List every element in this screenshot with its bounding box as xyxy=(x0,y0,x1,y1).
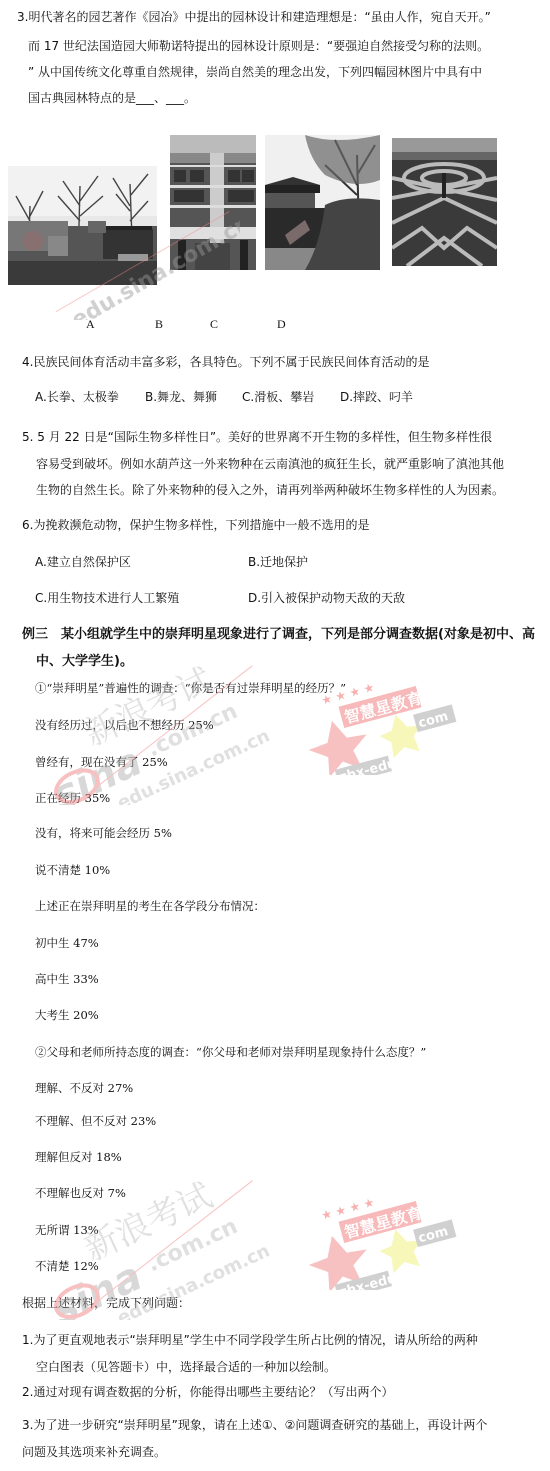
svg-text:智慧星教育: 智慧星教育 xyxy=(342,688,424,727)
sub-question-3-line-1: 3.为了进一步研究“崇拜明星”现象，请在上述①、②问题调查研究的基础上，再设计两… xyxy=(22,1417,487,1433)
q6-stem: 6.为挽救濒危动物，保护生物多样性，下列措施中一般不选用的是 xyxy=(22,517,369,533)
garden-image-a xyxy=(8,166,157,285)
survey2-answer: 不理解、但不反对 23% xyxy=(35,1113,156,1129)
sub-question-1-line-1: 1.为了更直观地表示“崇拜明星”学生中不同学段学生所占比例的情况，请从所给的两种 xyxy=(22,1332,478,1348)
garden-image-d xyxy=(392,138,497,266)
survey2-question: ②父母和老师所持态度的调查：“你父母和老师对崇拜明星现象持什么态度？” xyxy=(35,1044,426,1060)
q3-line-2: 而 17 世纪法国造园大师勒诺特提出的园林设计原则是：“要强迫自然接受匀称的法则… xyxy=(28,38,489,54)
survey1-question: ①“崇拜明星”普遍性的调查：“你是否有过崇拜明星的经历？” xyxy=(35,680,346,696)
distribution-item: 高中生 33% xyxy=(35,971,99,987)
distribution-item: 大考生 20% xyxy=(35,1007,99,1023)
q3-line-4: 国古典园林特点的是___、___。 xyxy=(28,90,196,106)
sub-question-3-line-2: 问题及其选项来补充调查。 xyxy=(22,1444,166,1460)
image-label-b: B xyxy=(155,317,163,332)
survey2-answer: 理解、不反对 27% xyxy=(35,1080,133,1096)
garden-image-c xyxy=(265,135,380,270)
svg-text:.com.cn: .com.cn xyxy=(143,1214,241,1277)
q6-option-d: D.引入被保护动物天敌的天敌 xyxy=(248,590,405,606)
q5-line-1: 5. 5 月 22 日是“国际生物多样性日”。美好的世界离不开生物的多样性，但生… xyxy=(22,429,492,445)
q4-option-b: B.舞龙、舞狮 xyxy=(145,389,217,405)
q6-option-c: C.用生物技术进行人工繁殖 xyxy=(35,590,179,606)
svg-text:★ ★ ★ ★: ★ ★ ★ ★ xyxy=(320,1195,376,1223)
survey2-answer: 理解但反对 18% xyxy=(35,1149,122,1165)
zhx-watermark-bottom: ★ ★ ★ ★ 智慧星教育 zhx-edu com xyxy=(290,1195,460,1290)
survey2-answer: 不理解也反对 7% xyxy=(35,1185,126,1201)
survey1-answer: 说不清楚 10% xyxy=(35,862,110,878)
svg-text:智慧星教育: 智慧星教育 xyxy=(342,1203,424,1242)
sub-question-2: 2.通过对现有调查数据的分析，你能得出哪些主要结论？（写出两个） xyxy=(22,1384,393,1400)
q6-option-a: A.建立自然保护区 xyxy=(35,554,131,570)
q3-line-1: 3.明代著名的园艺著作《园冶》中提出的园林设计和建造理想是：“虽由人作，宛自天开… xyxy=(17,9,491,25)
svg-text:新浪考试: 新浪考试 xyxy=(78,661,218,755)
sub-question-1-line-2: 空白图表（见答题卡）中，选择最合适的一种加以绘制。 xyxy=(36,1359,336,1375)
survey1-answer: 没有经历过，以后也不想经历 25% xyxy=(35,717,214,733)
q4-option-d: D.摔跤、叼羊 xyxy=(340,389,413,405)
image-label-a: A xyxy=(86,317,95,332)
q6-option-b: B.迁地保护 xyxy=(248,554,308,570)
image-label-c: C xyxy=(210,317,218,332)
instruction: 根据上述材料，完成下列问题： xyxy=(22,1295,190,1311)
survey2-answer: 不清楚 12% xyxy=(35,1258,99,1274)
q3-line-3: ” 从中国传统文化尊重自然规律，崇尚自然美的理念出发，下列四幅园林图片中具有中 xyxy=(28,64,482,80)
example3-title-line-2: 中、大学学生)。 xyxy=(36,654,133,670)
svg-text:zhx-edu: zhx-edu xyxy=(338,1271,398,1290)
survey1-answer: 正在经历 35% xyxy=(35,790,110,806)
garden-image-b xyxy=(170,135,256,270)
survey1-answer: 曾经有，现在没有了 25% xyxy=(35,754,168,770)
distribution-title: 上述正在崇拜明星的考生在各学段分布情况： xyxy=(35,898,265,914)
distribution-item: 初中生 47% xyxy=(35,935,99,951)
q5-line-2: 容易受到破坏。例如水葫芦这一外来物种在云南滇池的疯狂生长，就严重影响了滇池其他 xyxy=(36,456,504,472)
q5-line-3: 生物的自然生长。除了外来物种的侵入之外，请再列举两种破坏生物多样性的人为因素。 xyxy=(36,482,504,498)
survey1-answer: 没有，将来可能会经历 5% xyxy=(35,825,172,841)
image-label-d: D xyxy=(277,317,286,332)
q4-stem: 4.民族民间体育活动丰富多彩，各具特色。下列不属于民族民间体育活动的是 xyxy=(22,354,429,370)
q4-option-a: A.长拳、太极拳 xyxy=(35,389,119,405)
svg-text:zhx-edu: zhx-edu xyxy=(338,756,398,775)
svg-text:com: com xyxy=(417,709,450,731)
example3-title-line-1: 例三 某小组就学生中的崇拜明星现象进行了调查，下列是部分调查数据(对象是初中、高 xyxy=(22,627,535,643)
survey2-answer: 无所谓 13% xyxy=(35,1222,99,1238)
svg-text:com: com xyxy=(417,1224,450,1246)
q4-option-c: C.滑板、攀岩 xyxy=(242,389,314,405)
